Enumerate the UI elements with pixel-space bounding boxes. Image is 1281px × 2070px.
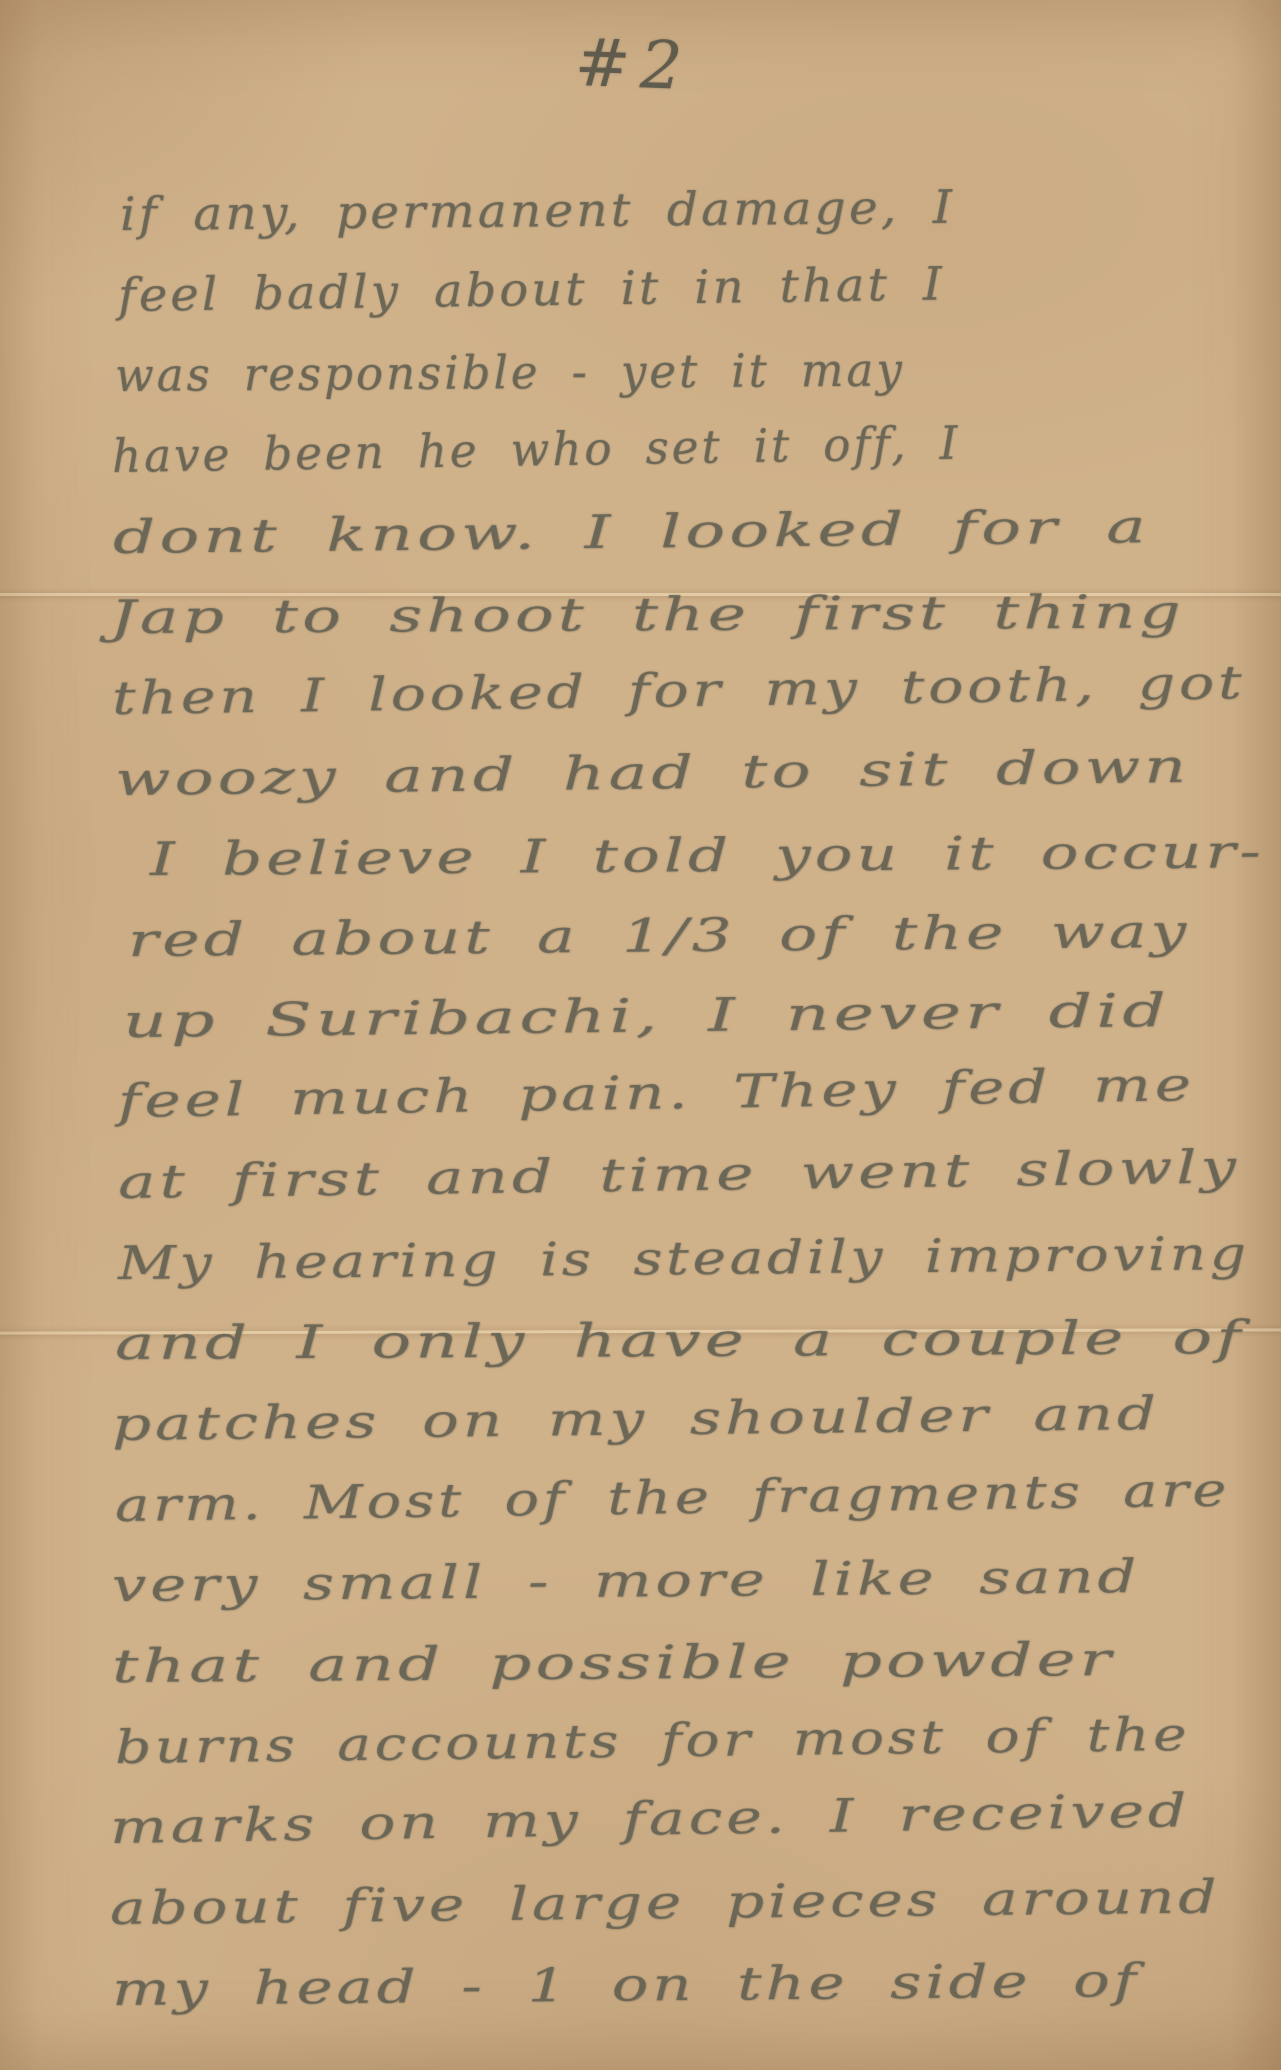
handwritten-line: if any, permanent damage, I [120, 168, 956, 253]
handwritten-line: woozy and had to sit down [115, 727, 1191, 818]
handwritten-line: My hearing is steadily improving [118, 1214, 1250, 1302]
handwritten-line: about five large pieces around [110, 1857, 1221, 1947]
handwritten-line: marks on my face. I received [109, 1771, 1190, 1866]
handwritten-line: burns accounts for most of the [115, 1695, 1191, 1786]
handwritten-line: was responsible - yet it may [115, 330, 905, 414]
handwritten-line: feel badly about it in that I [117, 244, 945, 334]
handwritten-line: feel much pain. They fed me [117, 1045, 1195, 1140]
handwritten-line: red about a 1/3 of the way [128, 892, 1191, 979]
handwritten-line: arm. Most of the fragments are [114, 1450, 1230, 1544]
letter-page: #2 if any, permanent damage, Ifeel badly… [0, 0, 1281, 2070]
handwritten-line: I believe I told you it occur- [150, 812, 1265, 898]
handwritten-line: have been he who set it off, I [111, 404, 961, 495]
handwritten-line: then I looked for my tooth, got [111, 643, 1245, 737]
handwritten-line: dont know. I looked for a [113, 487, 1151, 576]
handwritten-line: and I only have a couple of [115, 1298, 1245, 1382]
handwritten-line: at first and time went slowly [117, 1127, 1240, 1221]
handwritten-line: up Suribachi, I never did [123, 971, 1171, 1060]
handwritten-line: patches on my shoulder and [112, 1374, 1161, 1463]
handwritten-line: my head - 1 on the side of [112, 1941, 1141, 2028]
handwritten-line: very small - more like sand [112, 1537, 1141, 1624]
page-number: #2 [574, 24, 694, 105]
handwritten-line: Jap to shoot the first thing [110, 572, 1185, 656]
handwritten-line: that and possible powder [112, 1620, 1116, 1705]
